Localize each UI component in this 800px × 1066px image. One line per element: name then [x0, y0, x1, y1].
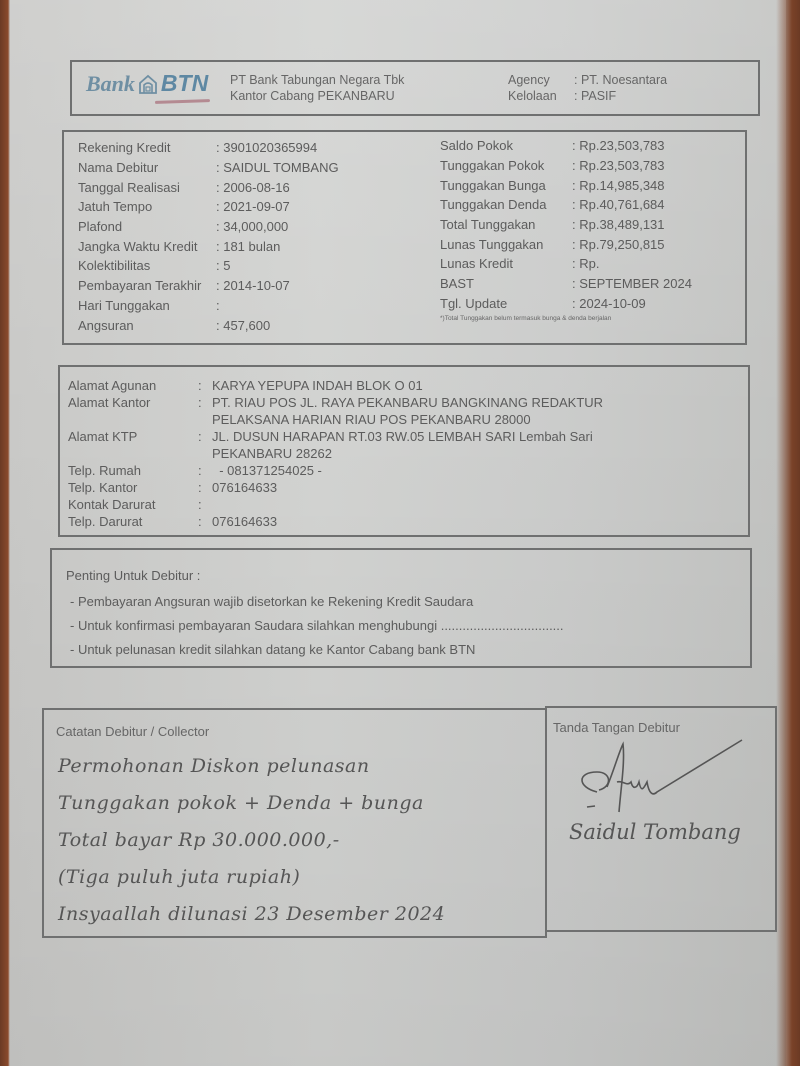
field-row: Kolektibilitas: 5: [78, 256, 339, 276]
field-value: :: [216, 298, 220, 313]
address-row: Kontak Darurat:: [68, 496, 662, 513]
kelolaan-value: : PASIF: [574, 88, 616, 104]
field-row: Tanggal Realisasi: 2006-08-16: [78, 177, 339, 197]
field-label: Alamat Kantor: [68, 394, 198, 428]
field-value: PT. RIAU POS JL. RAYA PEKANBARU BANGKINA…: [212, 394, 662, 428]
field-label: Tunggakan Pokok: [440, 158, 572, 173]
field-value: [212, 496, 662, 513]
field-label: Tgl. Update: [440, 296, 572, 311]
field-value: : 34,000,000: [216, 219, 288, 234]
field-value: : 5: [216, 258, 230, 273]
handwritten-line: Permohonan Diskon pelunasan: [58, 748, 445, 785]
field-label: Kolektibilitas: [78, 258, 216, 273]
loan-right-list: Saldo Pokok: Rp.23,503,783 Tunggakan Pok…: [440, 136, 692, 313]
field-row: Lunas Tunggakan: Rp.79,250,815: [440, 234, 692, 254]
field-label: Telp. Kantor: [68, 479, 198, 496]
field-label: Total Tunggakan: [440, 217, 572, 232]
house-logo-icon: [139, 74, 157, 94]
field-value: KARYA YEPUPA INDAH BLOK O 01: [212, 377, 662, 394]
field-value: 076164633: [212, 513, 662, 530]
field-label: Hari Tunggakan: [78, 298, 216, 313]
notice-item: - Pembayaran Angsuran wajib disetorkan k…: [70, 590, 564, 614]
field-row: Pembayaran Terakhir: 2014-10-07: [78, 276, 339, 296]
logo-bank-text: Bank: [86, 71, 135, 97]
field-value: : 2006-08-16: [216, 180, 290, 195]
field-row: Lunas Kredit: Rp.: [440, 254, 692, 274]
field-value: 076164633: [212, 479, 662, 496]
field-label: Tunggakan Bunga: [440, 178, 572, 193]
field-value: : 2021-09-07: [216, 199, 290, 214]
field-row: Jatuh Tempo: 2021-09-07: [78, 197, 339, 217]
field-value: : Rp.: [572, 256, 599, 271]
field-value: : Rp.14,985,348: [572, 178, 665, 193]
field-value: : Rp.23,503,783: [572, 138, 665, 153]
field-value: : SEPTEMBER 2024: [572, 276, 692, 291]
field-row: Plafond: 34,000,000: [78, 217, 339, 237]
field-value: : 181 bulan: [216, 239, 280, 254]
kelolaan-label: Kelolaan: [508, 88, 574, 104]
agency-value: : PT. Noesantara: [574, 72, 667, 88]
handwritten-line: (Tiga puluh juta rupiah): [58, 859, 445, 896]
signature-scribble-icon: [557, 732, 757, 822]
field-value: : SAIDUL TOMBANG: [216, 160, 339, 175]
signature-name: Saidul Tombang: [569, 820, 741, 844]
field-value: - 081371254025 -: [212, 462, 662, 479]
field-label: BAST: [440, 276, 572, 291]
field-value: : Rp.40,761,684: [572, 197, 665, 212]
catatan-box: Catatan Debitur / Collector Permohonan D…: [42, 708, 547, 938]
field-row: Saldo Pokok: Rp.23,503,783: [440, 136, 692, 156]
address-list: Alamat Agunan:KARYA YEPUPA INDAH BLOK O …: [68, 377, 662, 530]
field-label: Nama Debitur: [78, 160, 216, 175]
handwritten-line: Total bayar Rp 30.000.000,-: [58, 822, 445, 859]
field-value: : Rp.79,250,815: [572, 237, 665, 252]
bank-info: PT Bank Tabungan Negara Tbk Kantor Caban…: [230, 72, 404, 104]
field-label: Pembayaran Terakhir: [78, 278, 216, 293]
handwritten-line: Insyaallah dilunasi 23 Desember 2024: [58, 896, 445, 933]
address-row: Telp. Kantor:076164633: [68, 479, 662, 496]
notice-list: - Pembayaran Angsuran wajib disetorkan k…: [70, 590, 564, 662]
field-label: Alamat Agunan: [68, 377, 198, 394]
field-row: BAST: SEPTEMBER 2024: [440, 274, 692, 294]
catatan-title: Catatan Debitur / Collector: [56, 724, 209, 739]
field-label: Plafond: [78, 219, 216, 234]
field-label: Jatuh Tempo: [78, 199, 216, 214]
loan-left-list: Rekening Kredit: 3901020365994 Nama Debi…: [78, 138, 339, 335]
branch-name: Kantor Cabang PEKANBARU: [230, 88, 404, 104]
field-value: : Rp.23,503,783: [572, 158, 665, 173]
notice-box: Penting Untuk Debitur : - Pembayaran Ang…: [50, 548, 752, 668]
address-box: Alamat Agunan:KARYA YEPUPA INDAH BLOK O …: [58, 365, 750, 537]
field-value: : 2014-10-07: [216, 278, 290, 293]
address-row: Alamat Agunan:KARYA YEPUPA INDAH BLOK O …: [68, 377, 662, 394]
notice-title: Penting Untuk Debitur :: [66, 568, 200, 583]
field-value: : 457,600: [216, 318, 270, 333]
field-row: Tgl. Update: 2024-10-09: [440, 294, 692, 314]
field-label: Tanggal Realisasi: [78, 180, 216, 195]
field-row: Tunggakan Bunga: Rp.14,985,348: [440, 175, 692, 195]
field-label: Tunggakan Denda: [440, 197, 572, 212]
field-value: : 2024-10-09: [572, 296, 646, 311]
field-row: Angsuran: 457,600: [78, 315, 339, 335]
field-label: Saldo Pokok: [440, 138, 572, 153]
field-label: Telp. Darurat: [68, 513, 198, 530]
field-label: Angsuran: [78, 318, 216, 333]
field-label: Lunas Tunggakan: [440, 237, 572, 252]
field-value: : Rp.38,489,131: [572, 217, 665, 232]
notice-item: - Untuk pelunasan kredit silahkan datang…: [70, 638, 564, 662]
field-row: Tunggakan Denda: Rp.40,761,684: [440, 195, 692, 215]
bank-btn-logo: Bank BTN: [86, 70, 208, 97]
field-row: Nama Debitur: SAIDUL TOMBANG: [78, 158, 339, 178]
field-value: JL. DUSUN HARAPAN RT.03 RW.05 LEMBAH SAR…: [212, 428, 662, 462]
field-label: Kontak Darurat: [68, 496, 198, 513]
notice-item: - Untuk konfirmasi pembayaran Saudara si…: [70, 614, 564, 638]
field-value: : 3901020365994: [216, 140, 317, 155]
company-name: PT Bank Tabungan Negara Tbk: [230, 72, 404, 88]
field-label: Rekening Kredit: [78, 140, 216, 155]
signature-box: Tanda Tangan Debitur Saidul Tombang: [545, 706, 777, 932]
field-label: Lunas Kredit: [440, 256, 572, 271]
field-label: Telp. Rumah: [68, 462, 198, 479]
field-row: Tunggakan Pokok: Rp.23,503,783: [440, 156, 692, 176]
address-row: Alamat KTP:JL. DUSUN HARAPAN RT.03 RW.05…: [68, 428, 662, 462]
address-row: Telp. Darurat:076164633: [68, 513, 662, 530]
field-label: Alamat KTP: [68, 428, 198, 462]
field-row: Jangka Waktu Kredit: 181 bulan: [78, 236, 339, 256]
loan-details-box: Rekening Kredit: 3901020365994 Nama Debi…: [62, 130, 747, 345]
address-row: Telp. Rumah: - 081371254025 -: [68, 462, 662, 479]
handwritten-note: Permohonan Diskon pelunasan Tunggakan po…: [58, 748, 445, 933]
agency-info: Agency: PT. Noesantara Kelolaan: PASIF: [508, 72, 667, 104]
field-row: Rekening Kredit: 3901020365994: [78, 138, 339, 158]
logo-btn-text: BTN: [161, 70, 208, 97]
address-row: Alamat Kantor:PT. RIAU POS JL. RAYA PEKA…: [68, 394, 662, 428]
loan-footnote: *)Total Tunggakan belum termasuk bunga &…: [440, 315, 611, 322]
field-row: Total Tunggakan: Rp.38,489,131: [440, 215, 692, 235]
field-label: Jangka Waktu Kredit: [78, 239, 216, 254]
agency-label: Agency: [508, 72, 574, 88]
field-row: Hari Tunggakan:: [78, 296, 339, 316]
header-box: Bank BTN PT Bank Tabungan Negara Tbk Kan…: [70, 60, 760, 116]
handwritten-line: Tunggakan pokok + Denda + bunga: [58, 785, 445, 822]
